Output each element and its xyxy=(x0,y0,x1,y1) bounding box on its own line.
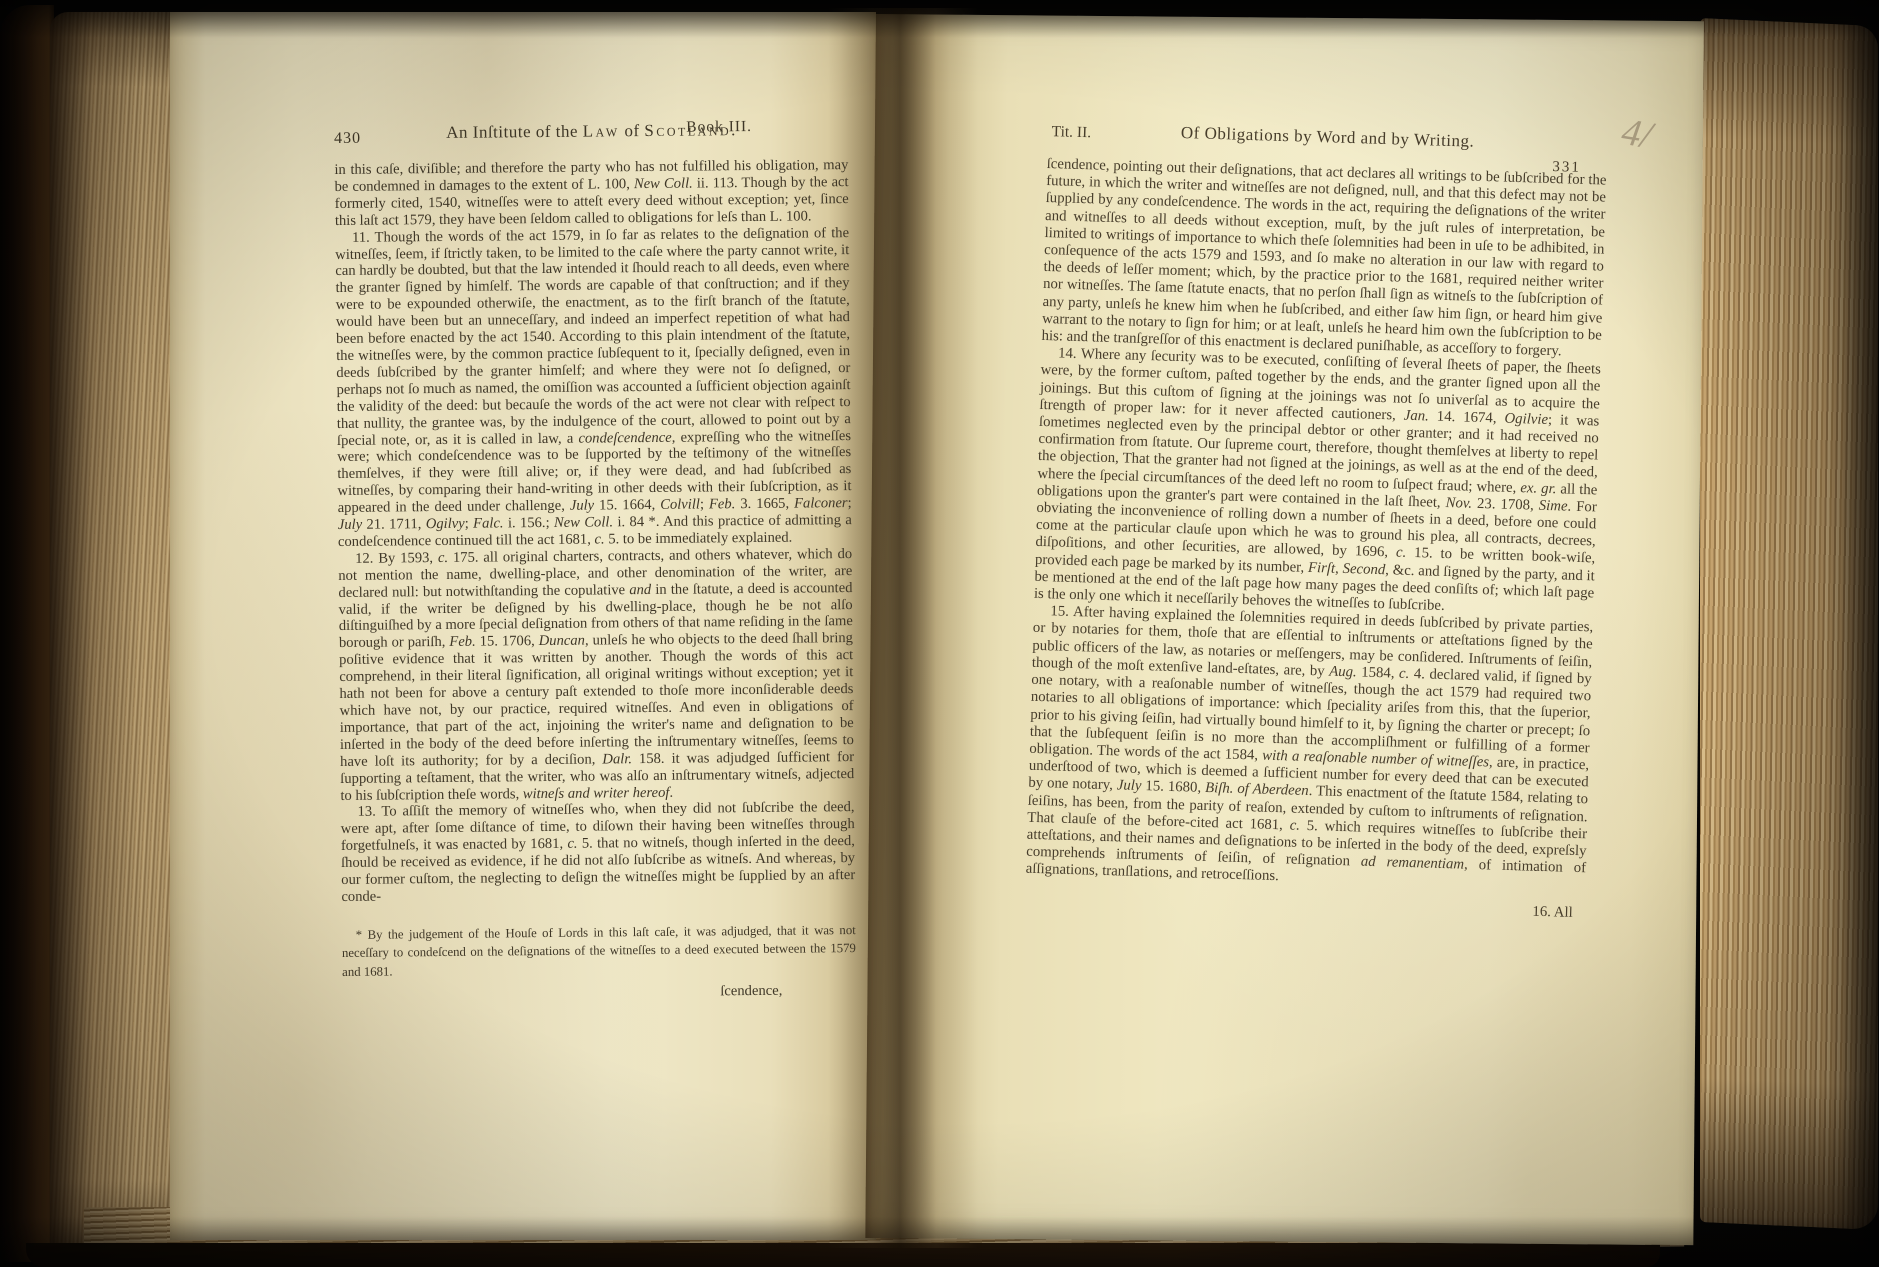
book-number-label: Book III. xyxy=(686,119,752,137)
right-paragraph-continuation: ſcendence, pointing out their deſignatio… xyxy=(1041,156,1606,362)
right-page-content: Tit. II. Of Obligations by Word and by W… xyxy=(1025,120,1608,922)
left-paragraph-11: 11. Though the words of the act 1579, in… xyxy=(335,225,852,551)
book-cover-left-edge xyxy=(0,5,54,1262)
left-page-content: 430 An Inſtitute of the Law of Scotland.… xyxy=(334,121,856,1004)
left-page-header: 430 An Inſtitute of the Law of Scotland.… xyxy=(334,121,848,154)
right-paragraph-15: 15. After having explained the ſolemniti… xyxy=(1025,603,1593,895)
left-paragraph-12: 12. By 1593, c. 175. all original charte… xyxy=(338,546,854,805)
handwritten-pencil-mark: 4/ xyxy=(1619,110,1655,158)
right-fore-edge-stack xyxy=(1700,18,1878,1230)
right-paragraph-14: 14. Where any ſecurity was to be execute… xyxy=(1034,345,1601,620)
left-page-number: 430 xyxy=(334,131,361,148)
small-caps-law: Law xyxy=(583,121,620,140)
footnote: * By the judgement of the Houſe of Lords… xyxy=(342,921,857,981)
left-paragraph-continuation: in this caſe, diviſible; and therefore t… xyxy=(334,157,849,230)
title-section-label: Tit. II. xyxy=(1051,123,1091,141)
book-photo-scene: 430 An Inſtitute of the Law of Scotland.… xyxy=(0,0,1879,1267)
left-running-title: An Inſtitute of the Law of Scotland. xyxy=(334,121,848,143)
left-page-edge-stack xyxy=(50,12,172,1255)
right-page-number: 331 xyxy=(1552,159,1581,177)
left-paragraph-13: 13. To aſſiſt the memory of witneſſes wh… xyxy=(341,799,856,905)
